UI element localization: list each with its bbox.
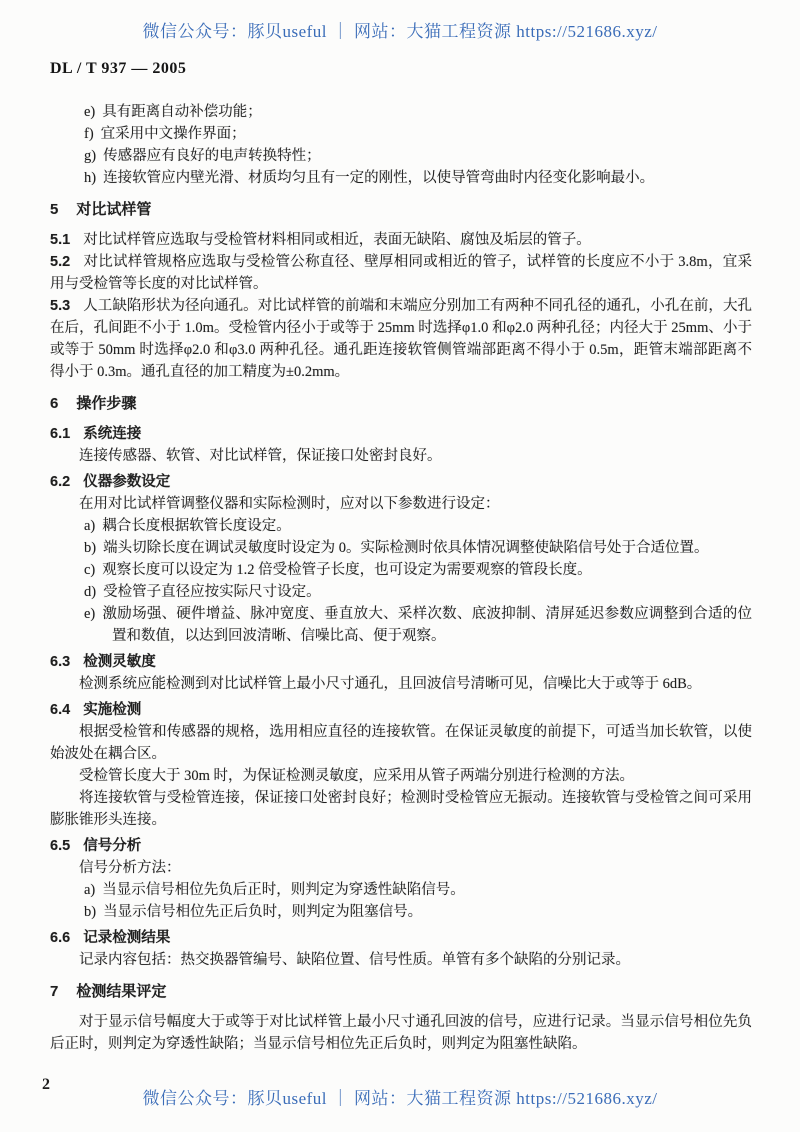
list-item-b: b)当显示信号相位先正后负时，则判定为阻塞信号。 — [84, 901, 752, 923]
clause-5.2: 5.2对比试样管规格应选取与受检管公称直径、壁厚相同或相近的管子，试样管的长度应… — [50, 251, 752, 295]
text: 根据受检管和传感器的规格，选用相应直径的连接软管。在保证灵敏度的前提下，可适当加… — [50, 724, 752, 762]
document-page: 微信公众号：豚贝useful ｜ 网站：大猫工程资源 https://52168… — [0, 0, 800, 1132]
list-item-g: g)传感器应有良好的电声转换特性； — [84, 145, 752, 167]
list-item-label: g) — [84, 148, 96, 164]
doc-code: DL / T 937 — 2005 — [50, 60, 186, 78]
text: 对比试样管规格应选取与受检管公称直径、壁厚相同或相近的管子，试样管的长度应不小于… — [50, 254, 752, 292]
list-item-label: a) — [84, 882, 95, 898]
clause-number: 6.4 — [50, 702, 70, 718]
section-heading-6: 6操作步骤 — [50, 393, 752, 415]
text: 观察长度可以设定为 1.2 倍受检管子长度，也可设定为需要观察的管段长度。 — [102, 562, 591, 578]
section-heading-6.2: 6.2仪器参数设定 — [50, 471, 752, 493]
clause-number: 5.3 — [50, 298, 70, 314]
section-heading-5: 5对比试样管 — [50, 199, 752, 221]
watermark-header: 微信公众号：豚贝useful ｜ 网站：大猫工程资源 https://52168… — [0, 17, 800, 42]
clause-number: 5.1 — [50, 232, 70, 248]
text: 对比试样管应选取与受检管材料相同或相近，表面无缺陷、腐蚀及垢层的管子。 — [83, 232, 591, 248]
text: 检测系统应能检测到对比试样管上最小尺寸通孔，且回波信号清晰可见，信噪比大于或等于… — [79, 676, 701, 692]
text: 激励场强、硬件增益、脉冲宽度、垂直放大、采样次数、底波抑制、清屏延迟参数应调整到… — [102, 606, 752, 644]
text: 对比试样管 — [76, 201, 151, 218]
section-heading-6.5: 6.5信号分析 — [50, 835, 752, 857]
document-content: e)具有距离自动补偿功能；f)宜采用中文操作界面；g)传感器应有良好的电声转换特… — [50, 101, 752, 1055]
text: 宜采用中文操作界面； — [101, 126, 246, 142]
paragraph: 受检管长度大于 30m 时，为保证检测灵敏度，应采用从管子两端分别进行检测的方法… — [50, 765, 752, 787]
list-item-c: c)观察长度可以设定为 1.2 倍受检管子长度，也可设定为需要观察的管段长度。 — [84, 559, 752, 581]
clause-number: 6.6 — [50, 930, 70, 946]
paragraph: 根据受检管和传感器的规格，选用相应直径的连接软管。在保证灵敏度的前提下，可适当加… — [50, 721, 752, 765]
list-item-e: e)激励场强、硬件增益、脉冲宽度、垂直放大、采样次数、底波抑制、清屏延迟参数应调… — [84, 603, 752, 647]
text: 记录检测结果 — [83, 930, 170, 946]
text: 在用对比试样管调整仪器和实际检测时，应对以下参数进行设定： — [79, 496, 500, 512]
section-heading-6.6: 6.6记录检测结果 — [50, 927, 752, 949]
list-item-a: a)耦合长度根据软管长度设定。 — [84, 515, 752, 537]
text: 实施检测 — [83, 702, 141, 718]
list-item-label: f) — [84, 126, 94, 142]
clause-5.1: 5.1对比试样管应选取与受检管材料相同或相近，表面无缺陷、腐蚀及垢层的管子。 — [50, 229, 752, 251]
list-item-label: b) — [84, 540, 96, 556]
list-item-label: e) — [84, 104, 95, 120]
clause-5.3: 5.3人工缺陷形状为径向通孔。对比试样管的前端和末端应分别加工有两种不同孔径的通… — [50, 295, 752, 383]
clause-number: 5 — [50, 201, 58, 218]
list-item-label: b) — [84, 904, 96, 920]
paragraph: 连接传感器、软管、对比试样管，保证接口处密封良好。 — [50, 445, 752, 467]
list-item-label: h) — [84, 170, 96, 186]
section-heading-6.3: 6.3检测灵敏度 — [50, 651, 752, 673]
paragraph: 检测系统应能检测到对比试样管上最小尺寸通孔，且回波信号清晰可见，信噪比大于或等于… — [50, 673, 752, 695]
text: 端头切除长度在调试灵敏度时设定为 0。实际检测时依具体情况调整使缺陷信号处于合适… — [103, 540, 708, 556]
text: 耦合长度根据软管长度设定。 — [102, 518, 291, 534]
text: 记录内容包括：热交换器管编号、缺陷位置、信号性质。单管有多个缺陷的分别记录。 — [79, 952, 630, 968]
text: 检测结果评定 — [76, 983, 166, 1000]
clause-number: 6 — [50, 395, 58, 412]
text: 当显示信号相位先正后负时，则判定为阻塞信号。 — [103, 904, 422, 920]
section-heading-7: 7检测结果评定 — [50, 981, 752, 1003]
list-item-f: f)宜采用中文操作界面； — [84, 123, 752, 145]
text: 信号分析方法： — [79, 860, 181, 876]
text: 传感器应有良好的电声转换特性； — [103, 148, 321, 164]
clause-number: 5.2 — [50, 254, 70, 270]
text: 人工缺陷形状为径向通孔。对比试样管的前端和末端应分别加工有两种不同孔径的通孔，小… — [50, 298, 752, 380]
text: 当显示信号相位先负后正时，则判定为穿透性缺陷信号。 — [102, 882, 465, 898]
text: 连接软管应内壁光滑、材质均匀且有一定的刚性，以使导管弯曲时内径变化影响最小。 — [103, 170, 654, 186]
clause-number: 6.3 — [50, 654, 70, 670]
paragraph: 记录内容包括：热交换器管编号、缺陷位置、信号性质。单管有多个缺陷的分别记录。 — [50, 949, 752, 971]
list-item-d: d)受检管子直径应按实际尺寸设定。 — [84, 581, 752, 603]
list-item-label: d) — [84, 584, 96, 600]
section-heading-6.4: 6.4实施检测 — [50, 699, 752, 721]
list-item-a: a)当显示信号相位先负后正时，则判定为穿透性缺陷信号。 — [84, 879, 752, 901]
paragraph: 在用对比试样管调整仪器和实际检测时，应对以下参数进行设定： — [50, 493, 752, 515]
clause-number: 6.1 — [50, 426, 70, 442]
list-item-e: e)具有距离自动补偿功能； — [84, 101, 752, 123]
text: 信号分析 — [83, 838, 141, 854]
list-item-label: e) — [84, 606, 95, 622]
text: 连接传感器、软管、对比试样管，保证接口处密封良好。 — [79, 448, 442, 464]
paragraph: 信号分析方法： — [50, 857, 752, 879]
watermark-footer: 微信公众号：豚贝useful ｜ 网站：大猫工程资源 https://52168… — [0, 1084, 800, 1109]
clause-number: 7 — [50, 983, 58, 1000]
text: 系统连接 — [83, 426, 141, 442]
text: 仪器参数设定 — [83, 474, 170, 490]
clause-number: 6.5 — [50, 838, 70, 854]
clause-number: 6.2 — [50, 474, 70, 490]
section-heading-6.1: 6.1系统连接 — [50, 423, 752, 445]
list-item-b: b)端头切除长度在调试灵敏度时设定为 0。实际检测时依具体情况调整使缺陷信号处于… — [84, 537, 752, 559]
text: 对于显示信号幅度大于或等于对比试样管上最小尺寸通孔回波的信号，应进行记录。当显示… — [50, 1014, 752, 1052]
text: 操作步骤 — [76, 395, 136, 412]
text: 具有距离自动补偿功能； — [102, 104, 262, 120]
paragraph: 将连接软管与受检管连接，保证接口处密封良好；检测时受检管应无振动。连接软管与受检… — [50, 787, 752, 831]
text: 将连接软管与受检管连接，保证接口处密封良好；检测时受检管应无振动。连接软管与受检… — [50, 790, 752, 828]
text: 受检管子直径应按实际尺寸设定。 — [103, 584, 321, 600]
paragraph: 对于显示信号幅度大于或等于对比试样管上最小尺寸通孔回波的信号，应进行记录。当显示… — [50, 1011, 752, 1055]
page-footer: 2 微信公众号：豚贝useful ｜ 网站：大猫工程资源 https://521… — [0, 1074, 800, 1114]
text: 受检管长度大于 30m 时，为保证检测灵敏度，应采用从管子两端分别进行检测的方法… — [79, 768, 634, 784]
list-item-label: a) — [84, 518, 95, 534]
list-item-label: c) — [84, 562, 95, 578]
text: 检测灵敏度 — [83, 654, 156, 670]
list-item-h: h)连接软管应内壁光滑、材质均匀且有一定的刚性，以使导管弯曲时内径变化影响最小。 — [84, 167, 752, 189]
